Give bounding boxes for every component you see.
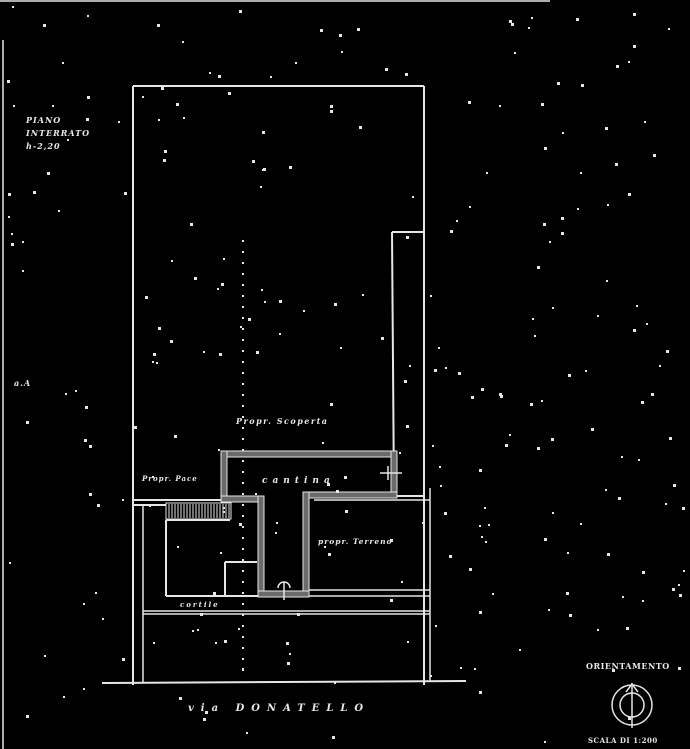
orientation-label: ORIENTAMENTO <box>586 661 670 671</box>
floor-plan-drawing <box>0 0 690 749</box>
room-label-cortile: cortile <box>180 600 220 609</box>
street-line <box>102 681 466 683</box>
room-label-pace: Propr. Pace <box>142 474 198 483</box>
stairs <box>166 503 231 519</box>
compass-icon <box>612 683 652 728</box>
title-line-2: INTERRATO <box>26 127 90 140</box>
room-label-cantina: cantina <box>262 476 335 486</box>
title-line-1: PIANO <box>26 114 90 127</box>
title-block: PIANO INTERRATO h-2,20 <box>26 114 90 153</box>
left-rooms <box>166 520 260 596</box>
cantina-walls <box>221 451 397 597</box>
door-symbols <box>278 466 402 600</box>
scale-label: SCALA DI 1:200 <box>588 736 658 745</box>
side-note: a.A <box>14 378 31 388</box>
title-line-3: h-2,20 <box>26 140 90 153</box>
room-label-terreno: propr. Terreno <box>318 537 393 546</box>
street-label: via DONATELLO <box>188 703 370 714</box>
room-label-scoperta: Propr. Scoperta <box>236 416 328 426</box>
